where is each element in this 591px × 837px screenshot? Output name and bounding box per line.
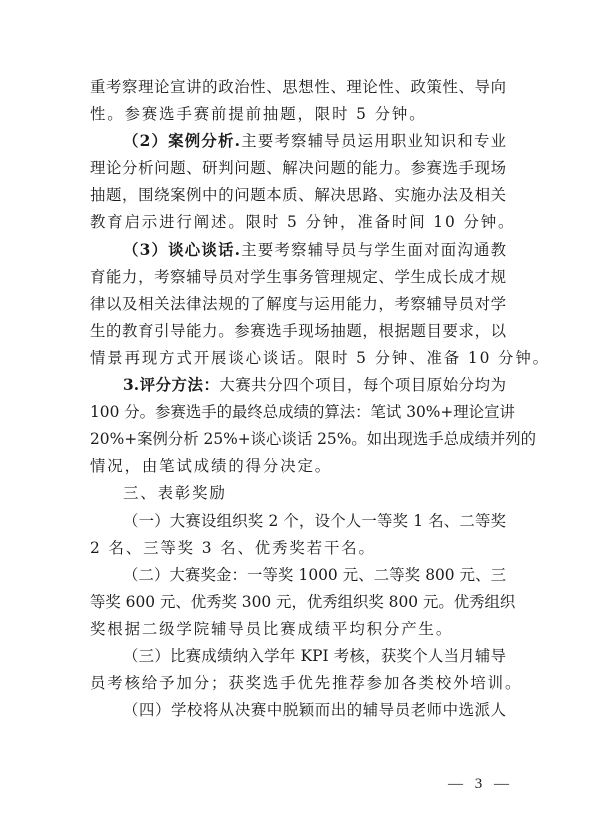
text-line: 情景再现方式开展谈心谈话。限时 5 分钟、准备 10 分钟。 bbox=[90, 345, 506, 372]
text-line: 律以及相关法律法规的了解度与运用能力，考察辅导员对学 bbox=[90, 291, 506, 318]
text-line: （四）学校将从决赛中脱颖而出的辅导员老师中选派人 bbox=[90, 697, 506, 724]
text-line: 大赛共分四个项目，每个项目原始分均为 bbox=[219, 376, 506, 394]
heading-case-analysis: （2）案例分析. bbox=[123, 132, 240, 150]
text-line: 教育启示进行阐述。限时 5 分钟，准备时间 10 分钟。 bbox=[90, 209, 506, 236]
text-line: 重考察理论宣讲的政治性、思想性、理论性、政策性、导向 bbox=[90, 74, 506, 101]
text-line: 等奖 600 元、优秀奖 300 元，优秀组织奖 800 元。优秀组织 bbox=[90, 589, 506, 616]
text-line: 100 分。参赛选手的最终总成绩的算法：笔试 30%+理论宣讲 bbox=[90, 399, 506, 426]
text-line: 理论分析问题、研判问题、解决问题的能力。参赛选手现场 bbox=[90, 155, 506, 182]
page-number: — 3 — bbox=[448, 776, 513, 793]
text-line: 抽题，围绕案例中的问题本质、解决思路、实施办法及相关 bbox=[90, 182, 506, 209]
text-line: 主要考察辅导员运用职业知识和专业 bbox=[240, 132, 506, 150]
text-line: （一）大赛设组织奖 2 个，设个人一等奖 1 名、二等奖 bbox=[90, 508, 506, 535]
text-line: 奖根据二级学院辅导员比赛成绩平均积分产生。 bbox=[90, 616, 506, 643]
text-line: 生的教育引导能力。参赛选手现场抽题，根据题目要求，以 bbox=[90, 318, 506, 345]
text-line: 20%+案例分析 25%+谈心谈话 25%。如出现选手总成绩并列的 bbox=[90, 426, 506, 453]
text-line: 性。参赛选手赛前提前抽题，限时 5 分钟。 bbox=[90, 101, 506, 128]
text-line: （三）比赛成绩纳入学年 KPI 考核，获奖个人当月辅导 bbox=[90, 643, 506, 670]
paragraph-case-analysis: （2）案例分析.主要考察辅导员运用职业知识和专业 bbox=[90, 128, 506, 155]
heading-heart-talk: （3）谈心谈话. bbox=[123, 241, 240, 259]
paragraph-scoring-method: 3.评分方法：大赛共分四个项目，每个项目原始分均为 bbox=[90, 372, 506, 399]
text-line: 员考核给予加分；获奖选手优先推荐参加各类校外培训。 bbox=[90, 670, 506, 697]
text-line: 主要考察辅导员与学生面对面沟通教 bbox=[240, 241, 506, 259]
document-page: 重考察理论宣讲的政治性、思想性、理论性、政策性、导向 性。参赛选手赛前提前抽题，… bbox=[90, 74, 506, 724]
text-line: （二）大赛奖金：一等奖 1000 元、二等奖 800 元、三 bbox=[90, 562, 506, 589]
text-line: 育能力，考察辅导员对学生事务管理规定、学生成长成才规 bbox=[90, 264, 506, 291]
heading-scoring-method: 3.评分方法： bbox=[123, 376, 219, 394]
paragraph-heart-talk: （3）谈心谈话.主要考察辅导员与学生面对面沟通教 bbox=[90, 237, 506, 264]
text-line: 情况，由笔试成绩的得分决定。 bbox=[90, 453, 506, 480]
section-title-awards: 三、表彰奖励 bbox=[90, 480, 506, 507]
text-line: 2 名、三等奖 3 名、优秀奖若干名。 bbox=[90, 535, 506, 562]
